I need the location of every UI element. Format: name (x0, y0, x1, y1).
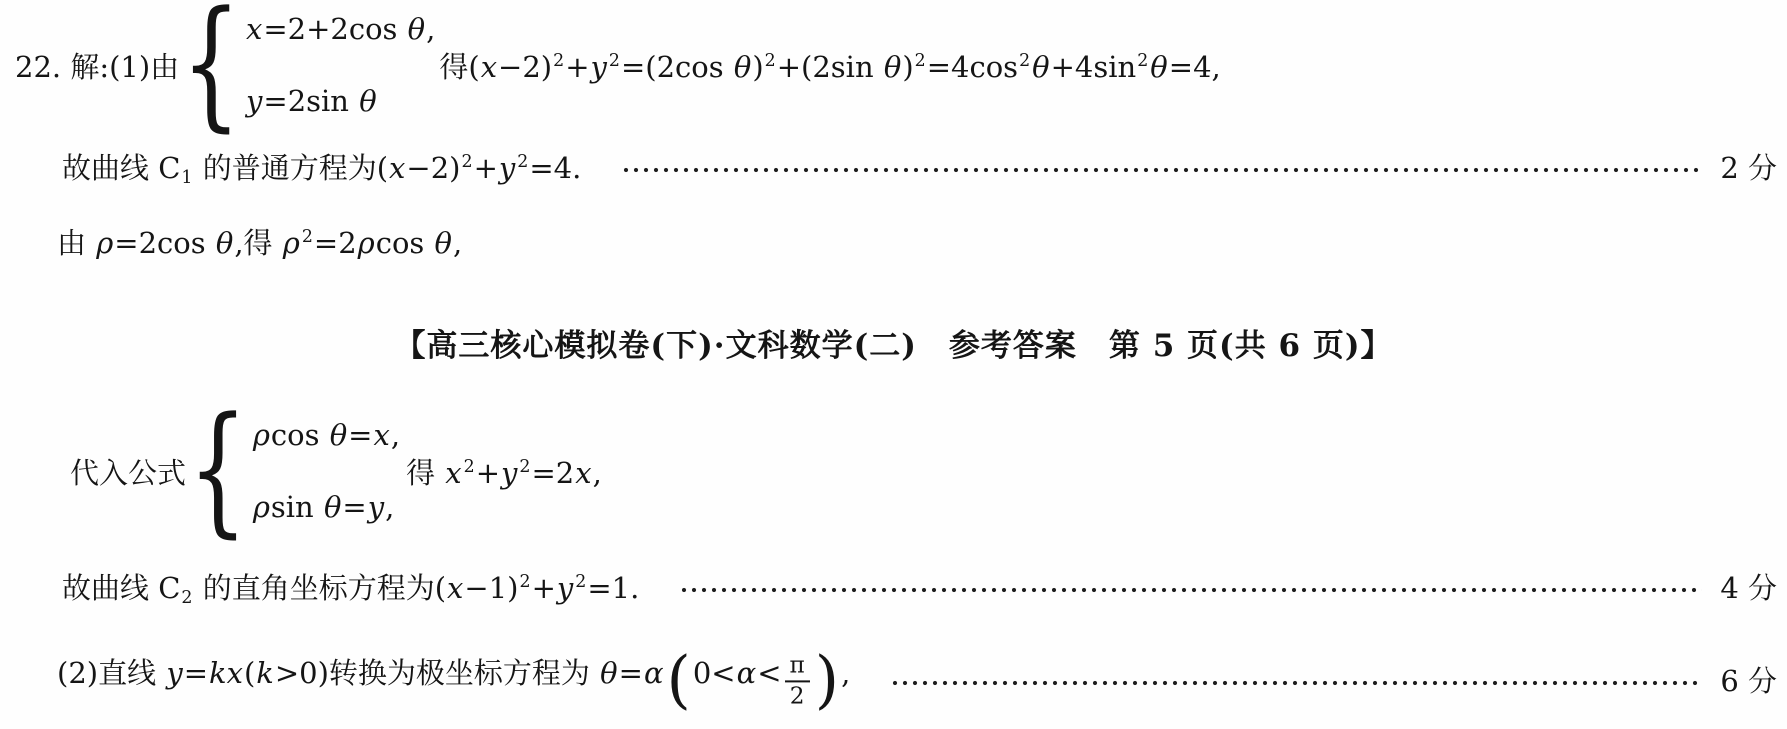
answer-sheet-page: 22. 解:(1)由 { x=2+2cos θ, y=2sin θ 得(x−2)… (0, 0, 1787, 729)
equation-rho-sin: ρsin θ=y, (252, 490, 400, 524)
equation-rho-cos: ρcos θ=x, (252, 418, 400, 452)
conclusion-curve-c1: 故曲线 C1 的普通方程为(x−2)2+y2=4. 2 分 (0, 146, 1787, 186)
dotted-leader (679, 586, 1702, 594)
parametric-equations: x=2+2cos θ, y=2sin θ (245, 12, 435, 118)
equation-y: y=2sin θ (245, 84, 435, 118)
part2-polar-line: (2)直线 y=kx(k>0)转换为极坐标方程为 θ=α(0<α<π2), 6 … (0, 634, 1787, 724)
polar-substitution-text: 由 ρ=2cos θ,得 ρ2=2ρcos θ, (57, 221, 462, 262)
solution-line-parametric-system: 22. 解:(1)由 { x=2+2cos θ, y=2sin θ 得(x−2)… (0, 2, 1787, 128)
polar-substitution-line: 由 ρ=2cos θ,得 ρ2=2ρcos θ, (0, 221, 1787, 261)
substitution-result: 得 x2+y2=2x, (406, 451, 602, 492)
conclusion-c1-text: 故曲线 C1 的普通方程为(x−2)2+y2=4. (62, 146, 581, 187)
score-badge-6: 6 分 (1720, 659, 1777, 700)
part2-polar-text: (2)直线 y=kx(k>0)转换为极坐标方程为 θ=α(0<α<π2), (57, 651, 850, 708)
equation-x: x=2+2cos θ, (245, 12, 435, 46)
derivation-result: 得(x−2)2+y2=(2cos θ)2+(2sin θ)2=4cos2θ+4s… (439, 45, 1220, 86)
substitution-equations: ρcos θ=x, ρsin θ=y, (252, 418, 400, 524)
solution-line-substitution-system: 代入公式 { ρcos θ=x, ρsin θ=y, 得 x2+y2=2x, (0, 410, 1787, 532)
conclusion-curve-c2: 故曲线 C2 的直角坐标方程为(x−1)2+y2=1. 4 分 (0, 566, 1787, 606)
dotted-leader (890, 679, 1702, 687)
problem-number-lead: 22. 解:(1)由 (15, 45, 179, 86)
left-brace: { (181, 0, 241, 136)
conclusion-c2-text: 故曲线 C2 的直角坐标方程为(x−1)2+y2=1. (62, 566, 639, 607)
substitution-lead: 代入公式 (70, 451, 186, 492)
dotted-leader (621, 166, 1702, 174)
score-badge-2: 2 分 (1720, 146, 1777, 187)
score-badge-4: 4 分 (1720, 566, 1777, 607)
left-brace: { (188, 401, 248, 542)
booklet-page-header: 【高三核心模拟卷(下)·文科数学(二) 参考答案 第 5 页(共 6 页)】 (0, 320, 1787, 364)
booklet-title: 【高三核心模拟卷(下)·文科数学(二) 参考答案 第 5 页(共 6 页)】 (394, 320, 1392, 365)
